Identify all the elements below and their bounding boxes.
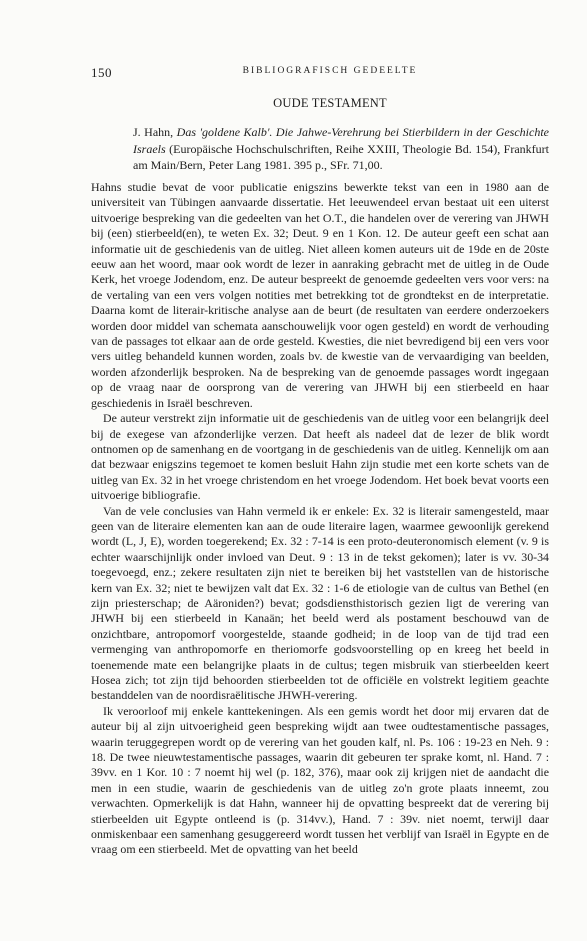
paragraph-2: De auteur verstrekt zijn informatie uit …: [91, 411, 549, 503]
paragraph-4: Ik veroorloof mij enkele kanttekeningen.…: [91, 704, 549, 858]
review-body: Hahns studie bevat de voor publicatie en…: [91, 180, 549, 858]
section-title: OUDE TESTAMENT: [200, 96, 460, 111]
book-citation: J. Hahn, Das 'goldene Kalb'. Die Jahwe-V…: [133, 124, 549, 174]
citation-details: (Europäische Hochschulschriften, Reihe X…: [133, 142, 549, 173]
running-head: 150 BIBLIOGRAFISCH GEDEELTE: [91, 65, 549, 81]
running-title: BIBLIOGRAFISCH GEDEELTE: [91, 66, 549, 76]
paragraph-1: Hahns studie bevat de voor publicatie en…: [91, 180, 549, 411]
paragraph-3: Van de vele conclusies van Hahn vermeld …: [91, 504, 549, 704]
citation-author: J. Hahn,: [133, 125, 173, 139]
